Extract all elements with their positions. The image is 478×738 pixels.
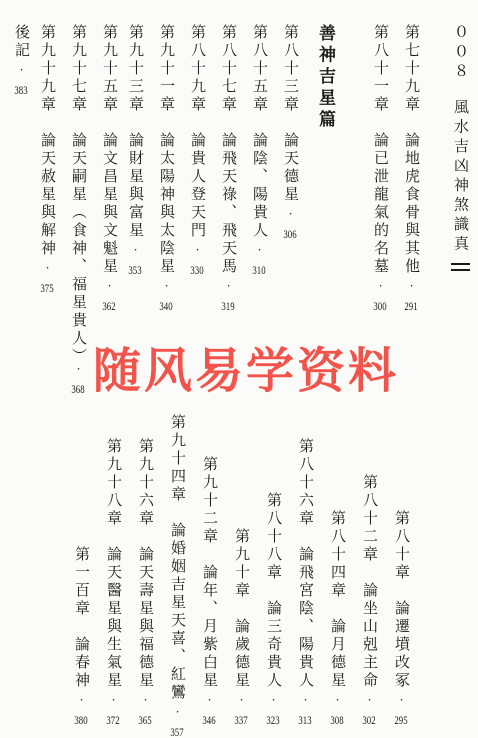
toc-entry-page: 357 xyxy=(170,726,184,738)
toc-entry-page: 337 xyxy=(234,714,248,726)
page-header: ００８風水吉凶神煞識真 xyxy=(449,24,470,422)
toc-entry-page: 346 xyxy=(202,714,216,726)
toc-entry-page: 375 xyxy=(40,282,54,294)
toc-entry-page: 302 xyxy=(362,714,376,726)
dot-separator: · xyxy=(404,278,419,296)
toc-entry-page: 380 xyxy=(74,714,88,726)
dot-separator: · xyxy=(190,242,205,260)
toc-entry-ch79: 第七十九章 論地虎食骨與其他·291 xyxy=(400,24,422,422)
toc-entry-ch94: 第九十四章 論婚姻吉星天喜、紅鸞·357 xyxy=(166,414,188,726)
toc-entry-ch96: 第九十六章 論天壽星與福德星·365 xyxy=(134,414,156,726)
dot-separator: · xyxy=(373,278,388,296)
toc-entry-label: 第八十一章 論已泄龍氣的名墓 xyxy=(372,24,388,276)
toc-entry-ch86: 第八十六章 論飛宮陰、陽貴人·313 xyxy=(294,414,316,726)
toc-entry-label: 第八十六章 論飛宮陰、陽貴人 xyxy=(297,438,313,690)
toc-entry-label: 第八十八章 論三奇貴人 xyxy=(265,492,281,690)
toc-entry-page: 308 xyxy=(330,714,344,726)
toc-entry-ch97: 第九十七章 論天嗣星（食神、福星貴人）·368 xyxy=(67,24,89,422)
toc-entry-label: 第八十七章 論飛天祿、飛天馬 xyxy=(220,24,236,276)
toc-entry-label: 第八十四章 論月德星 xyxy=(329,510,345,690)
toc-entry-page: 295 xyxy=(394,714,408,726)
toc-entry-label: 第八十九章 論貴人登天門 xyxy=(189,24,205,240)
toc-entry-page: 313 xyxy=(298,714,312,726)
toc-entry-label: 第九十一章 論太陽神與太陰星 xyxy=(158,24,174,276)
toc-entry-label: 第八十五章 論陰、陽貴人 xyxy=(251,24,267,240)
dot-separator: · xyxy=(128,242,143,260)
toc-entry-ch98: 第九十八章 論天醫星與生氣星·372 xyxy=(102,414,124,726)
dot-separator: · xyxy=(266,692,281,710)
toc-entry-page: 323 xyxy=(266,714,280,726)
dot-separator: · xyxy=(234,692,249,710)
toc-entry-page: 300 xyxy=(373,300,387,312)
toc-entry-label: 第九十八章 論天醫星與生氣星 xyxy=(105,438,121,690)
toc-entry-page: 306 xyxy=(283,228,297,240)
toc-entry-ch100: 第一百章 論春神·380 xyxy=(70,414,92,726)
toc-entry-label: 第九十三章 論財星與富星 xyxy=(127,24,143,240)
dot-separator: · xyxy=(106,692,121,710)
book-title: 風水吉凶神煞識真 xyxy=(452,99,468,255)
toc-entry-page: 372 xyxy=(106,714,120,726)
dot-separator: · xyxy=(202,692,217,710)
page-number: ００８ xyxy=(452,24,468,83)
toc-entry-label: 第八十三章 論天德星 xyxy=(282,24,298,204)
book-page: ００８風水吉凶神煞識真 第七十九章 論地虎食骨與其他·291 第八十一章 論已泄… xyxy=(0,0,478,738)
toc-entry-page: 340 xyxy=(159,300,173,312)
dot-separator: · xyxy=(138,692,153,710)
dot-separator: · xyxy=(170,704,185,722)
dot-separator: · xyxy=(40,260,55,278)
toc-entry-ch90: 第九十章 論歲德星·337 xyxy=(230,414,252,726)
toc-entry-label: 第九十四章 論婚姻吉星天喜、紅鸞 xyxy=(169,414,185,702)
toc-entry-label: 第一百章 論春神 xyxy=(73,546,89,690)
toc-entry-label: 第九十五章 論文昌星與文魁星 xyxy=(101,24,117,276)
dot-separator: · xyxy=(221,278,236,296)
toc-entry-ch80: 第八十章 論遷墳改冢·295 xyxy=(390,414,412,726)
toc-entry-ch88: 第八十八章 論三奇貴人·323 xyxy=(262,414,284,726)
dot-separator: · xyxy=(283,206,298,224)
toc-entry-page: 330 xyxy=(190,264,204,276)
toc-entry-page: 353 xyxy=(128,264,142,276)
toc-entry-label: 第九十六章 論天壽星與福德星 xyxy=(137,438,153,690)
dot-separator: · xyxy=(102,278,117,296)
toc-entry-page: 368 xyxy=(71,383,85,395)
watermark-text: 随风易学资料 xyxy=(93,332,399,401)
toc-entry-epilogue: 後記·383 xyxy=(10,24,32,422)
dot-separator: · xyxy=(362,692,377,710)
toc-entry-page: 365 xyxy=(138,714,152,726)
toc-entry-label: 第九十章 論歲德星 xyxy=(233,528,249,690)
toc-entry-label: 第八十章 論遷墳改冢 xyxy=(393,510,409,690)
toc-entry-page: 319 xyxy=(221,300,235,312)
toc-entry-label: 第九十七章 論天嗣星（食神、福星貴人） xyxy=(70,24,86,359)
toc-entry-page: 291 xyxy=(404,300,418,312)
dot-separator: · xyxy=(298,692,313,710)
dot-separator: · xyxy=(74,692,89,710)
toc-entry-ch82: 第八十二章 論坐山剋主命·302 xyxy=(358,414,380,726)
toc-entry-ch84: 第八十四章 論月德星·308 xyxy=(326,414,348,726)
toc-entry-page: 383 xyxy=(14,84,28,96)
toc-entry-label: 後記 xyxy=(13,24,29,60)
toc-entry-ch92: 第九十二章 論年、月紫白星·346 xyxy=(198,414,220,726)
toc-entry-label: 第七十九章 論地虎食骨與其他 xyxy=(403,24,419,276)
dot-separator: · xyxy=(252,242,267,260)
toc-entry-page: 310 xyxy=(252,264,266,276)
dot-separator: · xyxy=(394,692,409,710)
dot-separator: · xyxy=(159,278,174,296)
dot-separator: · xyxy=(14,62,29,80)
toc-entry-label: 第九十二章 論年、月紫白星 xyxy=(201,456,217,690)
toc-entry-page: 362 xyxy=(102,300,116,312)
toc-entry-label: 第九十九章 論天赦星與解神 xyxy=(39,24,55,258)
dot-separator: · xyxy=(71,361,86,379)
dot-separator: · xyxy=(330,692,345,710)
toc-entry-label: 第八十二章 論坐山剋主命 xyxy=(361,474,377,690)
header-divider-line xyxy=(451,263,470,271)
toc-lower-section: 第八十章 論遷墳改冢·295 第八十二章 論坐山剋主命·302 第八十四章 論月… xyxy=(70,414,412,726)
toc-entry-ch99: 第九十九章 論天赦星與解神·375 xyxy=(36,24,58,422)
